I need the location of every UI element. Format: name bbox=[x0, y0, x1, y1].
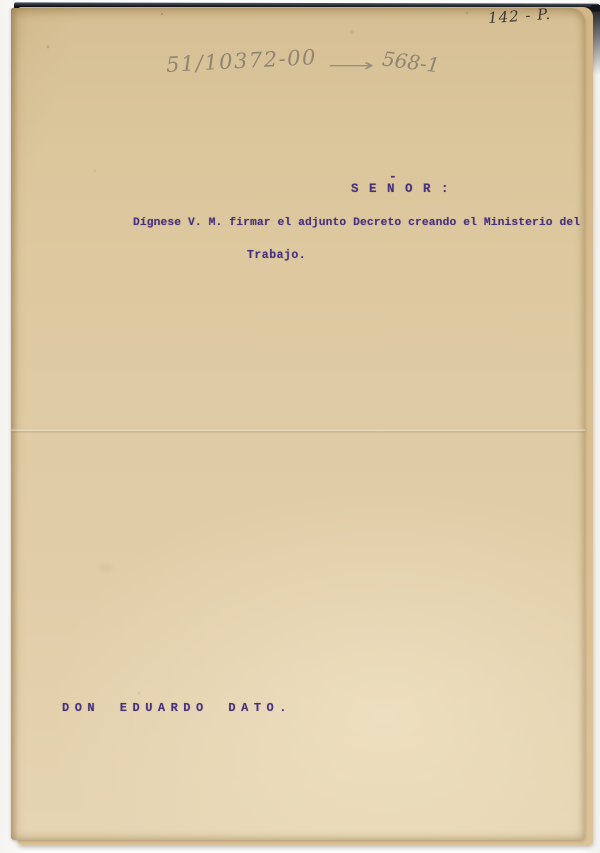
body-line-1: Dígnese V. M. firmar el adjunto Decreto … bbox=[133, 217, 580, 229]
handwritten-page-mark: 142 - P. bbox=[487, 5, 551, 27]
paper-left-edge-shading bbox=[11, 8, 18, 840]
salutation-senor: SENOR: bbox=[351, 182, 459, 196]
signature-don-eduardo-dato: DON EDUARDO DATO. bbox=[62, 701, 292, 715]
paper-sheet: 142 - P. 51/10372-00 ⟶ 568-1 - SENOR: Dí… bbox=[11, 8, 585, 840]
body-line-2: Trabajo. bbox=[247, 249, 306, 262]
handwritten-reference-number: 51/10372-00 bbox=[165, 45, 317, 77]
scanned-document-page: 142 - P. 51/10372-00 ⟶ 568-1 - SENOR: Dí… bbox=[0, 0, 600, 853]
handwritten-arrow: ⟶ bbox=[328, 56, 374, 76]
handwritten-secondary-number: 568-1 bbox=[381, 47, 441, 78]
horizontal-fold-crease bbox=[11, 428, 585, 433]
